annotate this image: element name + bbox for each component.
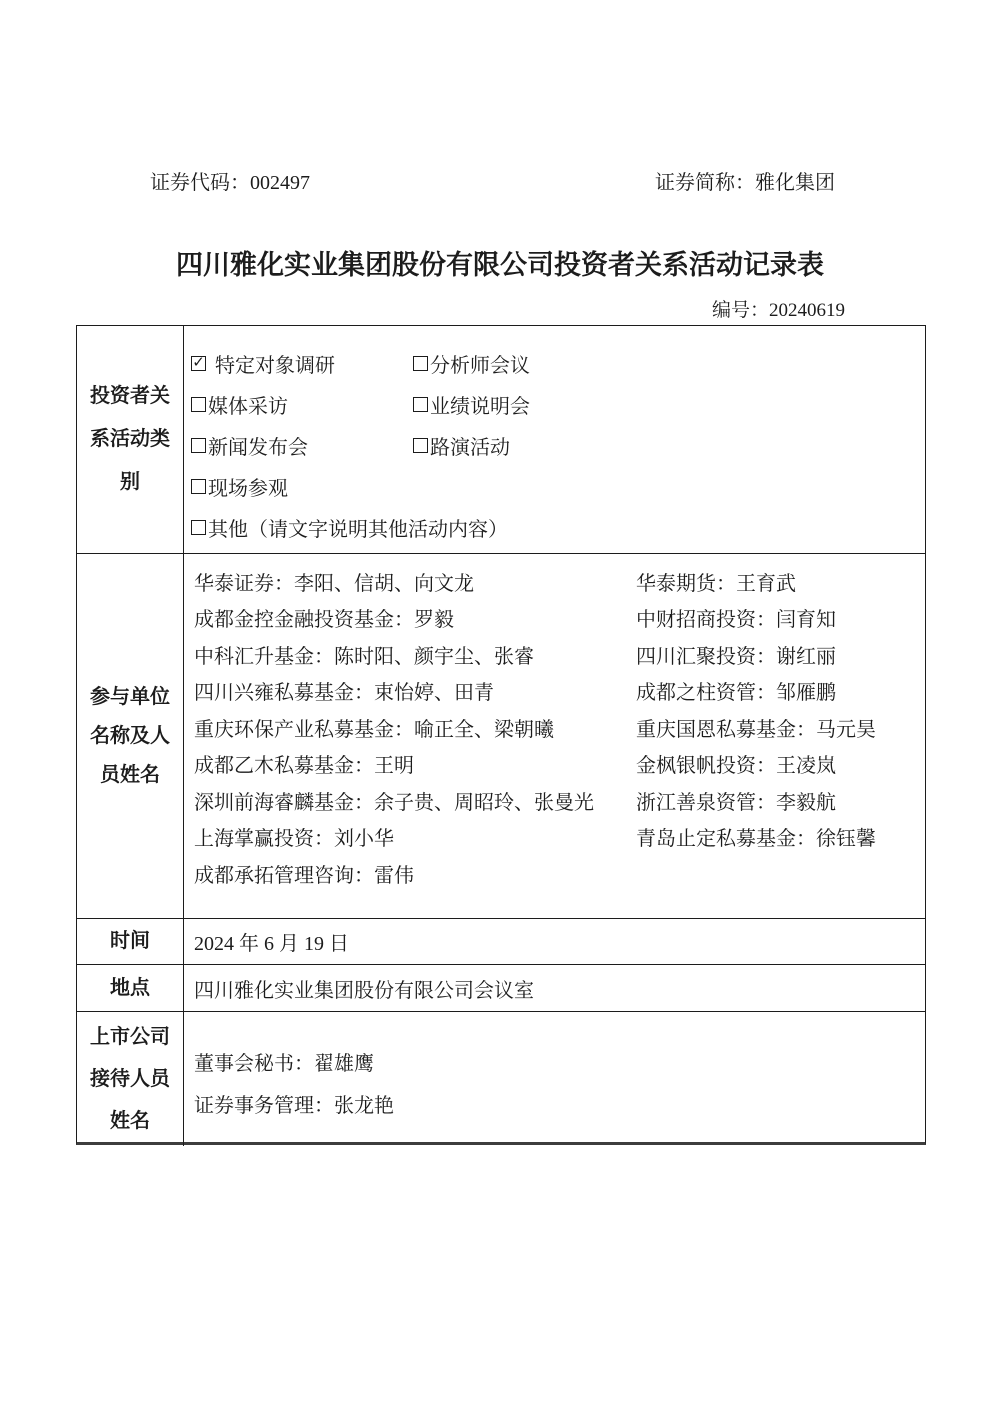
participant-entry: 成都之柱资管：邹雁鹏 xyxy=(636,673,925,710)
option-label: 新闻发布会 xyxy=(208,431,308,460)
participant-entry: 上海掌赢投资：刘小华 xyxy=(194,819,636,856)
participant-entry: 重庆国恩私募基金：马元昊 xyxy=(636,709,925,746)
row-header-activity-category: 投资者关 系活动类 别 xyxy=(77,326,184,553)
option-label: 其他（请文字说明其他活动内容） xyxy=(208,513,508,542)
participant-entry: 浙江善泉资管：李毅航 xyxy=(636,782,925,819)
checkbox-option-specific-research: ✓ 特定对象调研 xyxy=(191,349,413,378)
time-value: 2024 年 6 月 19 日 xyxy=(194,927,349,956)
stock-code-label: 证券代码：002497 xyxy=(150,166,310,195)
checkbox-unchecked-icon xyxy=(413,438,428,453)
location-value: 四川雅化实业集团股份有限公司会议室 xyxy=(194,974,534,1003)
participant-entry: 成都乙木私募基金：王明 xyxy=(194,746,636,783)
option-label: 分析师会议 xyxy=(430,349,530,378)
option-line: 现场参观 xyxy=(191,466,925,507)
participants-left-column: 华泰证券：李阳、信胡、向文龙 成都金控金融投资基金：罗毅 中科汇升基金：陈时阳、… xyxy=(194,563,636,918)
participant-entry: 四川兴雍私募基金：束怡婷、田青 xyxy=(194,673,636,710)
header-line: 参与单位 xyxy=(90,678,170,717)
reception-entry: 证券事务管理：张龙艳 xyxy=(194,1082,925,1124)
participant-entry: 青岛止定私募基金：徐钰馨 xyxy=(636,819,925,856)
checkbox-option-analyst-meeting: 分析师会议 xyxy=(413,349,530,378)
page-title: 四川雅化实业集团股份有限公司投资者关系活动记录表 xyxy=(0,247,1000,283)
stock-abbr-label: 证券简称：雅化集团 xyxy=(655,166,835,195)
participant-entry: 金枫银帆投资：王凌岚 xyxy=(636,746,925,783)
option-line: 新闻发布会 路演活动 xyxy=(191,425,925,466)
row-header-participants: 参与单位 名称及人 员姓名 xyxy=(77,553,184,918)
checkbox-option-media-interview: 媒体采访 xyxy=(191,390,413,419)
time-value-cell: 2024 年 6 月 19 日 xyxy=(184,918,925,964)
option-label: 现场参观 xyxy=(208,472,288,501)
header-line: 上市公司 xyxy=(90,1016,170,1058)
participant-entry: 重庆环保产业私募基金：喻正全、梁朝曦 xyxy=(194,709,636,746)
option-line: ✓ 特定对象调研 分析师会议 xyxy=(191,343,925,384)
option-line: 媒体采访 业绩说明会 xyxy=(191,384,925,425)
document-page: 证券代码：002497 证券简称：雅化集团 四川雅化实业集团股份有限公司投资者关… xyxy=(0,0,1000,1415)
participant-entry: 深圳前海睿麟基金：余子贵、周昭玲、张曼光 xyxy=(194,782,636,819)
checkbox-option-press-conference: 新闻发布会 xyxy=(191,431,413,460)
option-label: 业绩说明会 xyxy=(430,390,530,419)
header-line: 接待人员 xyxy=(90,1058,170,1100)
header-line: 员姓名 xyxy=(100,756,160,795)
option-label: 特定对象调研 xyxy=(215,349,335,378)
participant-entry: 四川汇聚投资：谢红丽 xyxy=(636,636,925,673)
participant-entry: 华泰期货：王育武 xyxy=(636,563,925,600)
checkbox-option-other: 其他（请文字说明其他活动内容） xyxy=(191,513,508,542)
checkbox-unchecked-icon xyxy=(191,397,206,412)
participant-entry: 华泰证券：李阳、信胡、向文龙 xyxy=(194,563,636,600)
checkbox-unchecked-icon xyxy=(413,397,428,412)
header-line: 名称及人 xyxy=(90,717,170,756)
checkbox-option-site-visit: 现场参观 xyxy=(191,472,413,501)
participant-entry: 成都承拓管理咨询：雷伟 xyxy=(194,855,636,892)
header-line: 姓名 xyxy=(110,1100,150,1142)
header-line: 别 xyxy=(120,461,140,504)
check-mark: ✓ xyxy=(192,356,205,371)
reception-entry: 董事会秘书：翟雄鹰 xyxy=(194,1040,925,1082)
checkbox-unchecked-icon xyxy=(413,356,428,371)
header-line: 时间 xyxy=(110,920,150,963)
doc-number: 编号：20240619 xyxy=(712,295,845,322)
reception-staff-cell: 董事会秘书：翟雄鹰 证券事务管理：张龙艳 xyxy=(184,1011,925,1146)
participants-right-column: 华泰期货：王育武 中财招商投资：闫育知 四川汇聚投资：谢红丽 成都之柱资管：邹雁… xyxy=(636,563,925,918)
option-label: 媒体采访 xyxy=(208,390,288,419)
participant-entry: 中科汇升基金：陈时阳、颜宇尘、张睿 xyxy=(194,636,636,673)
checkbox-option-earnings-briefing: 业绩说明会 xyxy=(413,390,530,419)
option-line: 其他（请文字说明其他活动内容） xyxy=(191,507,925,548)
checkbox-checked-icon: ✓ xyxy=(191,356,206,371)
participant-entry: 中财招商投资：闫育知 xyxy=(636,600,925,637)
header-line: 地点 xyxy=(110,967,150,1010)
row-header-reception-staff: 上市公司 接待人员 姓名 xyxy=(77,1011,184,1146)
checkbox-option-roadshow: 路演活动 xyxy=(413,431,510,460)
option-label: 路演活动 xyxy=(430,431,510,460)
row-header-location: 地点 xyxy=(77,964,184,1011)
location-value-cell: 四川雅化实业集团股份有限公司会议室 xyxy=(184,964,925,1011)
row-header-time: 时间 xyxy=(77,918,184,964)
header-line: 系活动类 xyxy=(90,418,170,461)
record-table: 投资者关 系活动类 别 ✓ 特定对象调研 分析师会议 媒体采访 xyxy=(76,325,926,1145)
checkbox-unchecked-icon xyxy=(191,520,206,535)
checkbox-unchecked-icon xyxy=(191,438,206,453)
activity-options-cell: ✓ 特定对象调研 分析师会议 媒体采访 业绩说明会 xyxy=(184,326,925,553)
checkbox-unchecked-icon xyxy=(191,479,206,494)
participants-cell: 华泰证券：李阳、信胡、向文龙 成都金控金融投资基金：罗毅 中科汇升基金：陈时阳、… xyxy=(184,553,925,918)
participant-entry: 成都金控金融投资基金：罗毅 xyxy=(194,600,636,637)
header-line: 投资者关 xyxy=(90,375,170,418)
